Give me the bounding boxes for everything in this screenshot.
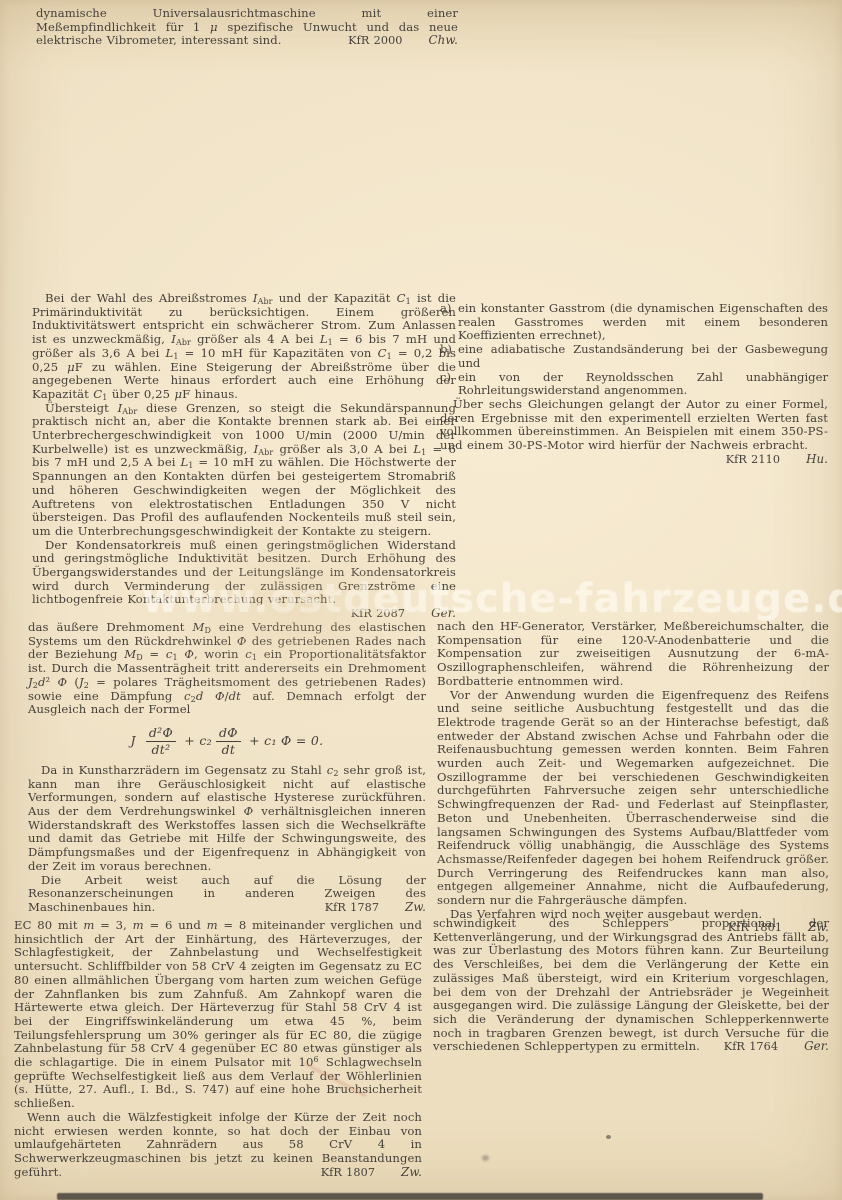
paragraph: nach den HF-Generator, Verstärker, Meßbe… — [437, 620, 829, 689]
ref-number: KfR 2110 — [726, 453, 780, 466]
paragraph-text: Da in Kunstharzrädern im Gegensatz zu St… — [28, 763, 426, 873]
list-item: b)eine adiabatische Zustandsänderung bei… — [440, 343, 828, 370]
paper-shading — [150, 500, 450, 720]
reference: KfR 1807Zw. — [294, 1166, 422, 1180]
fraction: d²Φdt² — [146, 726, 176, 757]
scan-edge-bar — [57, 1193, 763, 1200]
section-c-right: schwindigkeit des Schleppers proportiona… — [433, 917, 829, 1054]
section-b-right: nach den HF-Generator, Verstärker, Meßbe… — [437, 620, 829, 935]
top-fragment: dynamische Universalausrichtmaschine mit… — [36, 7, 458, 48]
paragraph-text: EC 80 mit m = 3, m = 6 und m = 8 miteina… — [14, 918, 422, 1110]
ref-author: Chw. — [429, 33, 458, 47]
paragraph: Die Arbeit weist auch auf die Lösung der… — [28, 874, 426, 915]
ref-number: KfR 2000 — [348, 34, 402, 47]
list-item: a)ein konstanter Gasstrom (die dynamisch… — [440, 302, 828, 343]
section-c-left: EC 80 mit m = 3, m = 6 und m = 8 miteina… — [14, 919, 422, 1179]
ref-author: Zw. — [401, 1165, 422, 1179]
paragraph-text: Über sechs Gleichungen gelangt der Autor… — [440, 397, 828, 452]
paragraph-text: Vor der Anwendung wurden die Eigenfreque… — [437, 688, 829, 908]
ref-number: KfR 1787 — [325, 901, 379, 914]
list-marker: b) — [440, 343, 458, 370]
paragraph: Da in Kunstharzrädern im Gegensatz zu St… — [28, 764, 426, 874]
paragraph: Über sechs Gleichungen gelangt der Autor… — [440, 398, 828, 453]
paragraph-text: Bei der Wahl des Abreißstromes IAbr und … — [32, 291, 456, 401]
list-item-text: ein von der Reynoldsschen Zahl unabhängi… — [458, 371, 828, 398]
reference: KfR 1764Ger. — [710, 1040, 829, 1054]
paragraph: Bei der Wahl des Abreißstromes IAbr und … — [32, 292, 456, 402]
scanned-journal-page: dynamische Universalausrichtmaschine mit… — [0, 0, 842, 1200]
list-marker: c) — [440, 371, 458, 398]
paragraph-text: nach den HF-Generator, Verstärker, Meßbe… — [437, 619, 829, 688]
ref-author: Zw. — [405, 900, 426, 914]
ref-number: KfR 1764 — [724, 1040, 778, 1053]
fraction-numerator: d²Φ — [146, 726, 176, 742]
formula-tail: + c₁ Φ = 0. — [249, 733, 323, 748]
paragraph: Vor der Anwendung wurden die Eigenfreque… — [437, 689, 829, 908]
list-item: c)ein von der Reynoldsschen Zahl unabhän… — [440, 371, 828, 398]
list-marker: a) — [440, 302, 458, 343]
list-item-text: eine adiabatische Zustandsänderung bei d… — [458, 343, 828, 370]
paper-speck — [606, 1135, 611, 1139]
paragraph-text: schwindigkeit des Schleppers proportiona… — [433, 916, 829, 1053]
reference: KfR 2000Chw. — [334, 34, 458, 48]
ref-author: Hu. — [806, 452, 828, 466]
formula-operator: + — [184, 733, 195, 748]
paragraph: EC 80 mit m = 3, m = 6 und m = 8 miteina… — [14, 919, 422, 1111]
list-item-text: ein konstanter Gasstrom (die dynamischen… — [458, 302, 828, 343]
ref-number: KfR 1807 — [321, 1166, 375, 1179]
reference: KfR 2110Hu. — [699, 453, 828, 467]
fraction-numerator: dΦ — [216, 726, 241, 742]
reference: KfR 1787Zw. — [298, 901, 426, 915]
fraction-denominator: dt — [216, 742, 241, 757]
ref-author: Ger. — [804, 1039, 829, 1053]
paragraph: Wenn auch die Wälzfestigkeit infolge der… — [14, 1111, 422, 1180]
formula-coefficient: c₂ — [199, 733, 212, 748]
differential-equation-formula: Jd²Φdt² + c₂dΦdt + c₁ Φ = 0. — [28, 726, 426, 757]
paper-stain — [482, 1155, 489, 1161]
formula-lead: J — [131, 733, 136, 748]
section-a-right: a)ein konstanter Gasstrom (die dynamisch… — [440, 302, 828, 466]
paragraph: schwindigkeit des Schleppers proportiona… — [433, 917, 829, 1054]
fraction-denominator: dt² — [146, 742, 176, 757]
fraction: dΦdt — [216, 726, 241, 757]
paragraph: dynamische Universalausrichtmaschine mit… — [36, 7, 458, 48]
